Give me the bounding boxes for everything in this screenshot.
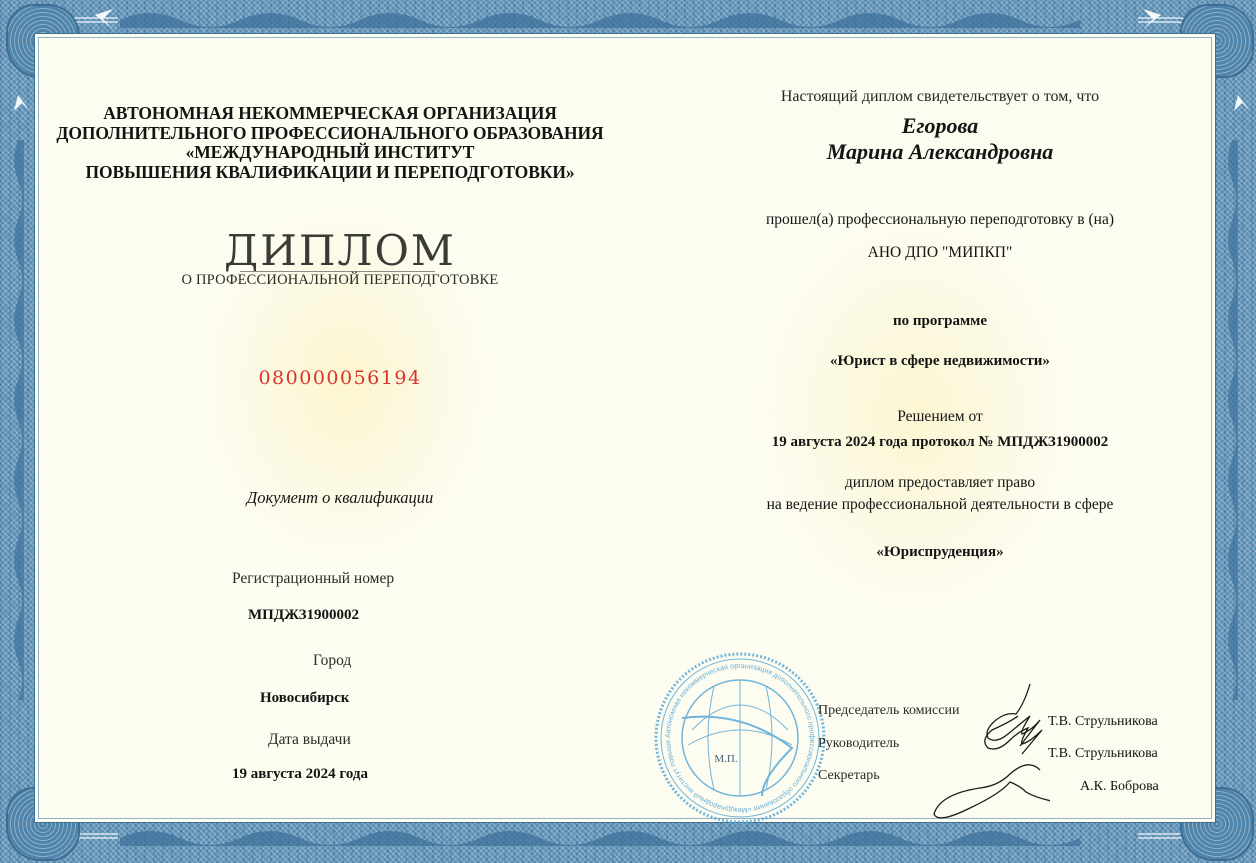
stamp-mp-label: М.П. (714, 753, 737, 765)
program-name: «Юрист в сфере недвижимости» (640, 353, 1240, 370)
certification-intro: Настоящий диплом свидетельствует о том, … (660, 88, 1220, 106)
professional-field: «Юриспруденция» (640, 544, 1240, 561)
organization-line: ДОПОЛНИТЕЛЬНОГО ПРОФЕССИОНАЛЬНОГО ОБРАЗО… (40, 124, 620, 144)
institution-short-name: АНО ДПО "МИПКП" (640, 244, 1240, 262)
handwritten-signatures (930, 680, 1050, 820)
stamp-ring-text: Автономная некоммерческая организация до… (652, 650, 817, 815)
serial-number: 080000056194 (150, 367, 530, 389)
holder-surname: Егорова (660, 113, 1220, 139)
decision-label: Решением от (640, 408, 1240, 426)
city-value: Новосибирск (260, 690, 349, 707)
organization-line: АВТОНОМНАЯ НЕКОММЕРЧЕСКАЯ ОРГАНИЗАЦИЯ (40, 104, 620, 124)
registration-number-label: Регистрационный номер (232, 570, 394, 588)
issue-date: 19 августа 2024 года (232, 766, 368, 783)
signatory-name: А.К. Боброва (1080, 779, 1159, 795)
signatory-name: Т.В. Струльникова (1048, 714, 1158, 730)
signatory-role: Секретарь (818, 768, 880, 784)
organization-line: ПОВЫШЕНИЯ КВАЛИФИКАЦИИ И ПЕРЕПОДГОТОВКИ» (40, 163, 620, 183)
organization-name: АВТОНОМНАЯ НЕКОММЕРЧЕСКАЯ ОРГАНИЗАЦИЯ ДО… (40, 104, 620, 182)
city-label: Город (313, 652, 351, 670)
organization-line: «МЕЖДУНАРОДНЫЙ ИНСТИТУТ (40, 143, 620, 163)
official-stamp: Автономная некоммерческая организация до… (652, 650, 828, 826)
issue-date-label: Дата выдачи (268, 731, 351, 749)
document-kind: Документ о квалификации (150, 488, 530, 508)
svg-text:Автономная некоммерческая орга: Автономная некоммерческая организация до… (652, 650, 817, 815)
rights-line-2: на ведение профессиональной деятельности… (640, 496, 1240, 514)
signatory-role: Руководитель (818, 736, 899, 752)
holder-name: Егорова Марина Александровна (660, 113, 1220, 165)
diploma-subtitle: О ПРОФЕССИОНАЛЬНОЙ ПЕРЕПОДГОТОВКЕ (150, 272, 530, 289)
completed-text: прошел(а) профессиональную переподготовк… (640, 211, 1240, 229)
holder-given-names: Марина Александровна (660, 139, 1220, 165)
program-label: по программе (640, 313, 1240, 330)
signatory-name: Т.В. Струльникова (1048, 746, 1158, 762)
decision-details: 19 августа 2024 года протокол № МПДЖЗ190… (640, 434, 1240, 451)
rights-line-1: диплом предоставляет право (640, 474, 1240, 492)
diploma-title: ДИПЛОМ (150, 226, 530, 275)
registration-number: МПДЖЗ1900002 (248, 607, 359, 624)
